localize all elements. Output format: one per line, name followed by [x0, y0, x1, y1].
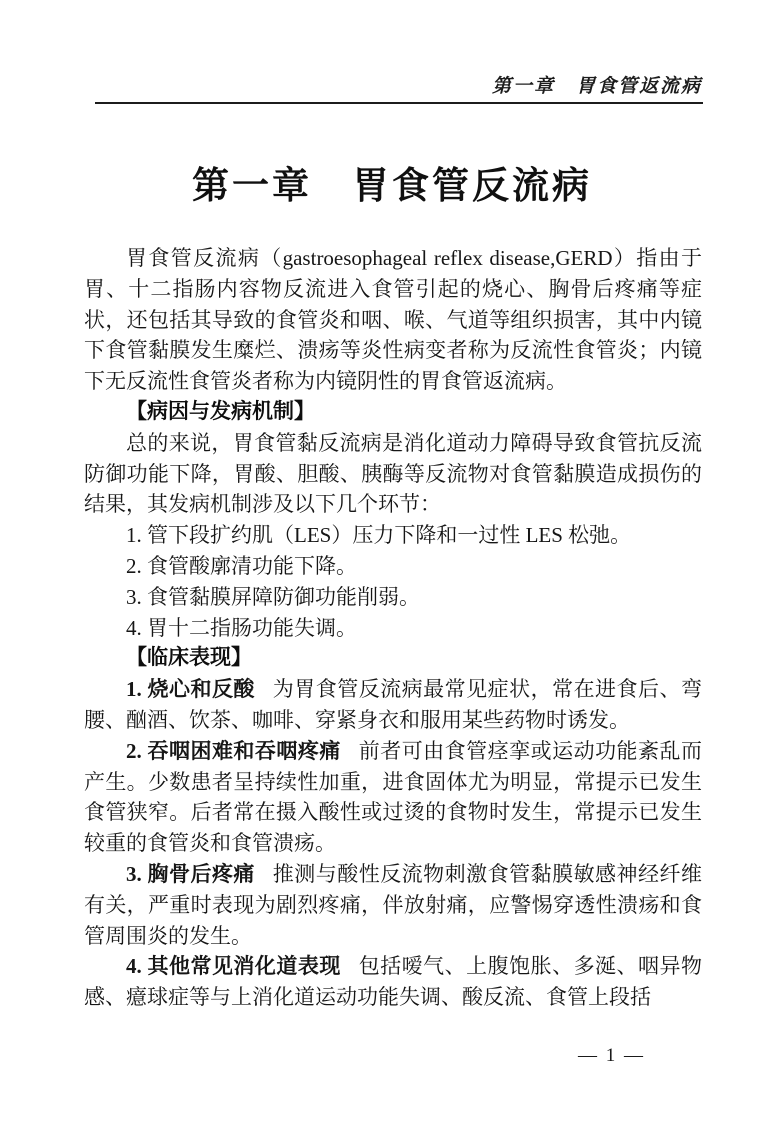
clinical-item-2: 2. 吞咽困难和吞咽疼痛前者可由食管痉挛或运动功能紊乱而产生。少数患者呈持续性加… — [84, 736, 702, 859]
page-number: — 1 — — [85, 1045, 645, 1067]
intro-paragraph: 胃食管反流病（gastroesophageal reflex disease,G… — [84, 243, 702, 397]
book-page: 第一章 胃食管返流病 第一章 胃食管反流病 胃食管反流病（gastroesoph… — [0, 0, 784, 1122]
etiology-list-item-3: 3. 食管黏膜屏障防御功能削弱。 — [84, 582, 702, 613]
section-heading-etiology: 【病因与发病机制】 — [84, 397, 702, 428]
clinical-item-1-lead: 1. 烧心和反酸 — [126, 677, 273, 701]
section-heading-clinical: 【临床表现】 — [84, 643, 702, 674]
running-head-text: 第一章 胃食管返流病 — [492, 76, 702, 97]
header-rule — [95, 102, 703, 104]
clinical-item-2-lead: 2. 吞咽困难和吞咽疼痛 — [126, 739, 359, 763]
etiology-list-item-2: 2. 食管酸廓清功能下降。 — [84, 551, 702, 582]
etiology-list-item-4: 4. 胃十二指肠功能失调。 — [84, 613, 702, 644]
clinical-item-3-lead: 3. 胸骨后疼痛 — [126, 862, 273, 886]
clinical-item-4: 4. 其他常见消化道表现包括嗳气、上腹饱胀、多涎、咽异物感、癔球症等与上消化道运… — [84, 951, 702, 1013]
page-body: 胃食管反流病（gastroesophageal reflex disease,G… — [84, 243, 702, 1013]
clinical-item-1: 1. 烧心和反酸为胃食管反流病最常见症状，常在进食后、弯腰、酗酒、饮茶、咖啡、穿… — [84, 674, 702, 736]
etiology-list-item-1: 1. 管下段扩约肌（LES）压力下降和一过性 LES 松弛。 — [84, 520, 702, 551]
running-head: 第一章 胃食管返流病 — [95, 71, 702, 98]
clinical-item-3: 3. 胸骨后疼痛推测与酸性反流物刺激食管黏膜敏感神经纤维有关，严重时表现为剧烈疼… — [84, 859, 702, 951]
etiology-paragraph: 总的来说，胃食管黏反流病是消化道动力障碍导致食管抗反流防御功能下降，胃酸、胆酸、… — [84, 428, 702, 520]
clinical-item-4-lead: 4. 其他常见消化道表现 — [126, 954, 359, 978]
chapter-title: 第一章 胃食管反流病 — [0, 155, 784, 209]
